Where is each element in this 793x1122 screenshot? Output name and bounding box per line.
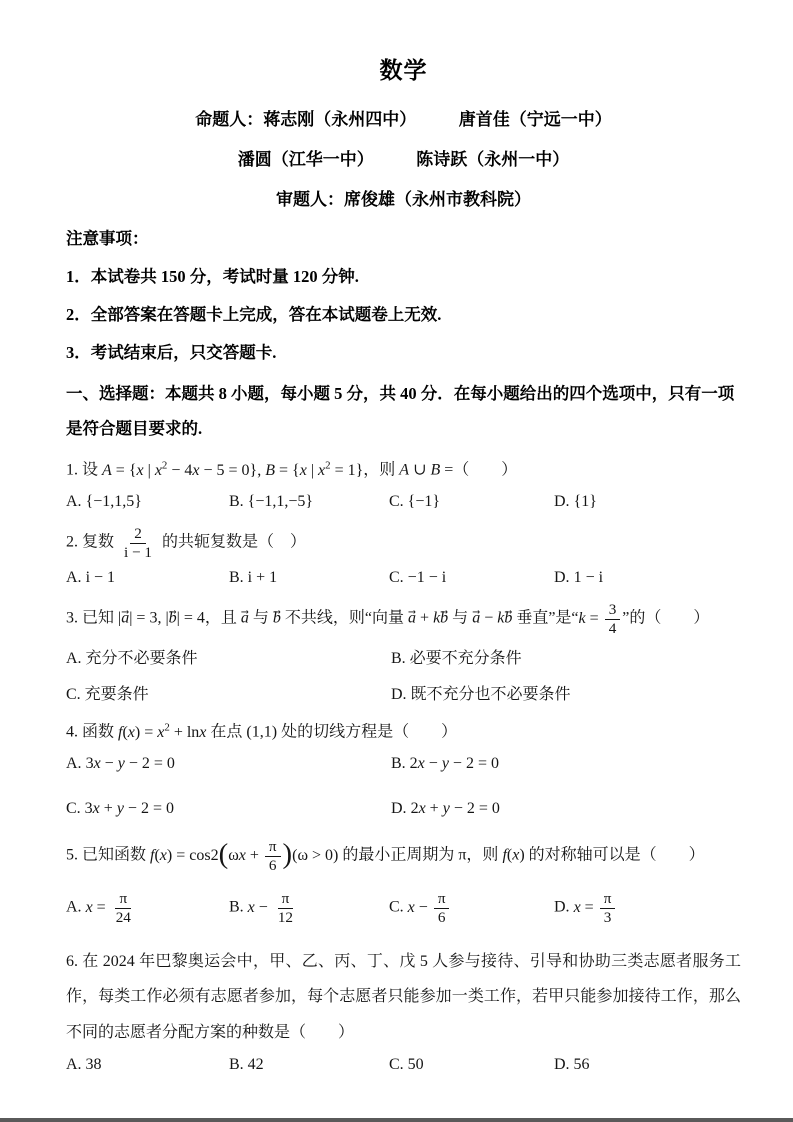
page-title: 数学 (66, 52, 741, 85)
question-6-option-d: D. 56 (554, 1056, 741, 1074)
question-1-option-d: D. {1} (554, 493, 741, 511)
question-4-option-c: C. 3x + y − 2 = 0 (66, 800, 391, 818)
question-6-option-b: B. 42 (229, 1056, 389, 1074)
section-heading-choice: 一、选择题：本题共 8 小题，每小题 5 分，共 40 分．在每小题给出的四个选… (66, 377, 741, 446)
question-3-option-d: D. 既不充分也不必要条件 (391, 681, 741, 704)
question-4-option-a: A. 3x − y − 2 = 0 (66, 755, 391, 773)
proposers-line-1: 命题人：蒋志刚（永州四中） 唐首佳（宁远一中） (66, 105, 741, 130)
question-2-option-a: A. i − 1 (66, 569, 229, 587)
question-5-option-d: D. x = π3 (554, 890, 741, 926)
question-6-options: A. 38 B. 42 C. 50 D. 56 (66, 1056, 741, 1074)
question-2: 2. 复数 2i − 1 的共轭复数是（ ） A. i − 1 B. i + 1… (66, 525, 741, 587)
notice-heading: 注意事项： (66, 225, 741, 249)
question-6-option-c: C. 50 (389, 1056, 554, 1074)
notice-item-2: 2．全部答案在答题卡上完成，答在本试题卷上无效. (66, 301, 741, 325)
question-4-stem: 4. 函数 f(x) = x2 + lnx 在点 (1,1) 处的切线方程是（ … (66, 718, 741, 747)
bottom-edge-bar (0, 1118, 793, 1122)
question-3: 3. 已知 |a⃗| = 3, |b⃗| = 4，且 a⃗ 与 b⃗ 不共线，则… (66, 601, 741, 704)
question-4-option-d: D. 2x + y − 2 = 0 (391, 800, 741, 818)
question-1-stem: 1. 设 A = {x | x2 − 4x − 5 = 0}, B = {x |… (66, 456, 741, 485)
question-3-option-c: C. 充要条件 (66, 681, 391, 704)
reviewer-line: 审题人：席俊雄（永州市教科院） (66, 185, 741, 210)
notice-item-1: 1．本试卷共 150 分，考试时量 120 分钟. (66, 263, 741, 287)
question-1-option-a: A. {−1,1,5} (66, 493, 229, 511)
question-5-options: A. x = π24 B. x − π12 C. x − π6 D. x = π… (66, 890, 741, 926)
question-3-options: A. 充分不必要条件 B. 必要不充分条件 C. 充要条件 D. 既不充分也不必… (66, 645, 741, 704)
question-4-option-b: B. 2x − y − 2 = 0 (391, 755, 741, 773)
question-3-option-b: B. 必要不充分条件 (391, 645, 741, 668)
question-3-option-a: A. 充分不必要条件 (66, 645, 391, 668)
question-1-option-c: C. {−1} (389, 493, 554, 511)
question-2-option-c: C. −1 − i (389, 569, 554, 587)
proposers-line-2: 潘圆（江华一中） 陈诗跃（永州一中） (66, 145, 741, 170)
question-6-stem: 6. 在 2024 年巴黎奥运会中，甲、乙、丙、丁、戊 5 人参与接待、引导和协… (66, 944, 741, 1050)
question-5: 5. 已知函数 f(x) = cos2(ωx + π6)(ω > 0) 的最小正… (66, 838, 741, 926)
notice-item-3: 3．考试结束后，只交答题卡. (66, 339, 741, 363)
question-1-options: A. {−1,1,5} B. {−1,1,−5} C. {−1} D. {1} (66, 493, 741, 511)
question-2-option-b: B. i + 1 (229, 569, 389, 587)
question-2-option-d: D. 1 − i (554, 569, 741, 587)
question-6: 6. 在 2024 年巴黎奥运会中，甲、乙、丙、丁、戊 5 人参与接待、引导和协… (66, 944, 741, 1074)
question-5-option-b: B. x − π12 (229, 890, 389, 926)
question-3-stem: 3. 已知 |a⃗| = 3, |b⃗| = 4，且 a⃗ 与 b⃗ 不共线，则… (66, 601, 741, 637)
question-4-options: A. 3x − y − 2 = 0 B. 2x − y − 2 = 0 C. 3… (66, 755, 741, 818)
question-6-option-a: A. 38 (66, 1056, 229, 1074)
question-5-option-a: A. x = π24 (66, 890, 229, 926)
question-4: 4. 函数 f(x) = x2 + lnx 在点 (1,1) 处的切线方程是（ … (66, 718, 741, 818)
question-5-option-c: C. x − π6 (389, 890, 554, 926)
exam-paper-page: 数学 命题人：蒋志刚（永州四中） 唐首佳（宁远一中） 潘圆（江华一中） 陈诗跃（… (0, 0, 793, 1122)
question-2-options: A. i − 1 B. i + 1 C. −1 − i D. 1 − i (66, 569, 741, 587)
question-1: 1. 设 A = {x | x2 − 4x − 5 = 0}, B = {x |… (66, 456, 741, 511)
question-5-stem: 5. 已知函数 f(x) = cos2(ωx + π6)(ω > 0) 的最小正… (66, 838, 741, 874)
question-2-stem: 2. 复数 2i − 1 的共轭复数是（ ） (66, 525, 741, 561)
question-1-option-b: B. {−1,1,−5} (229, 493, 389, 511)
